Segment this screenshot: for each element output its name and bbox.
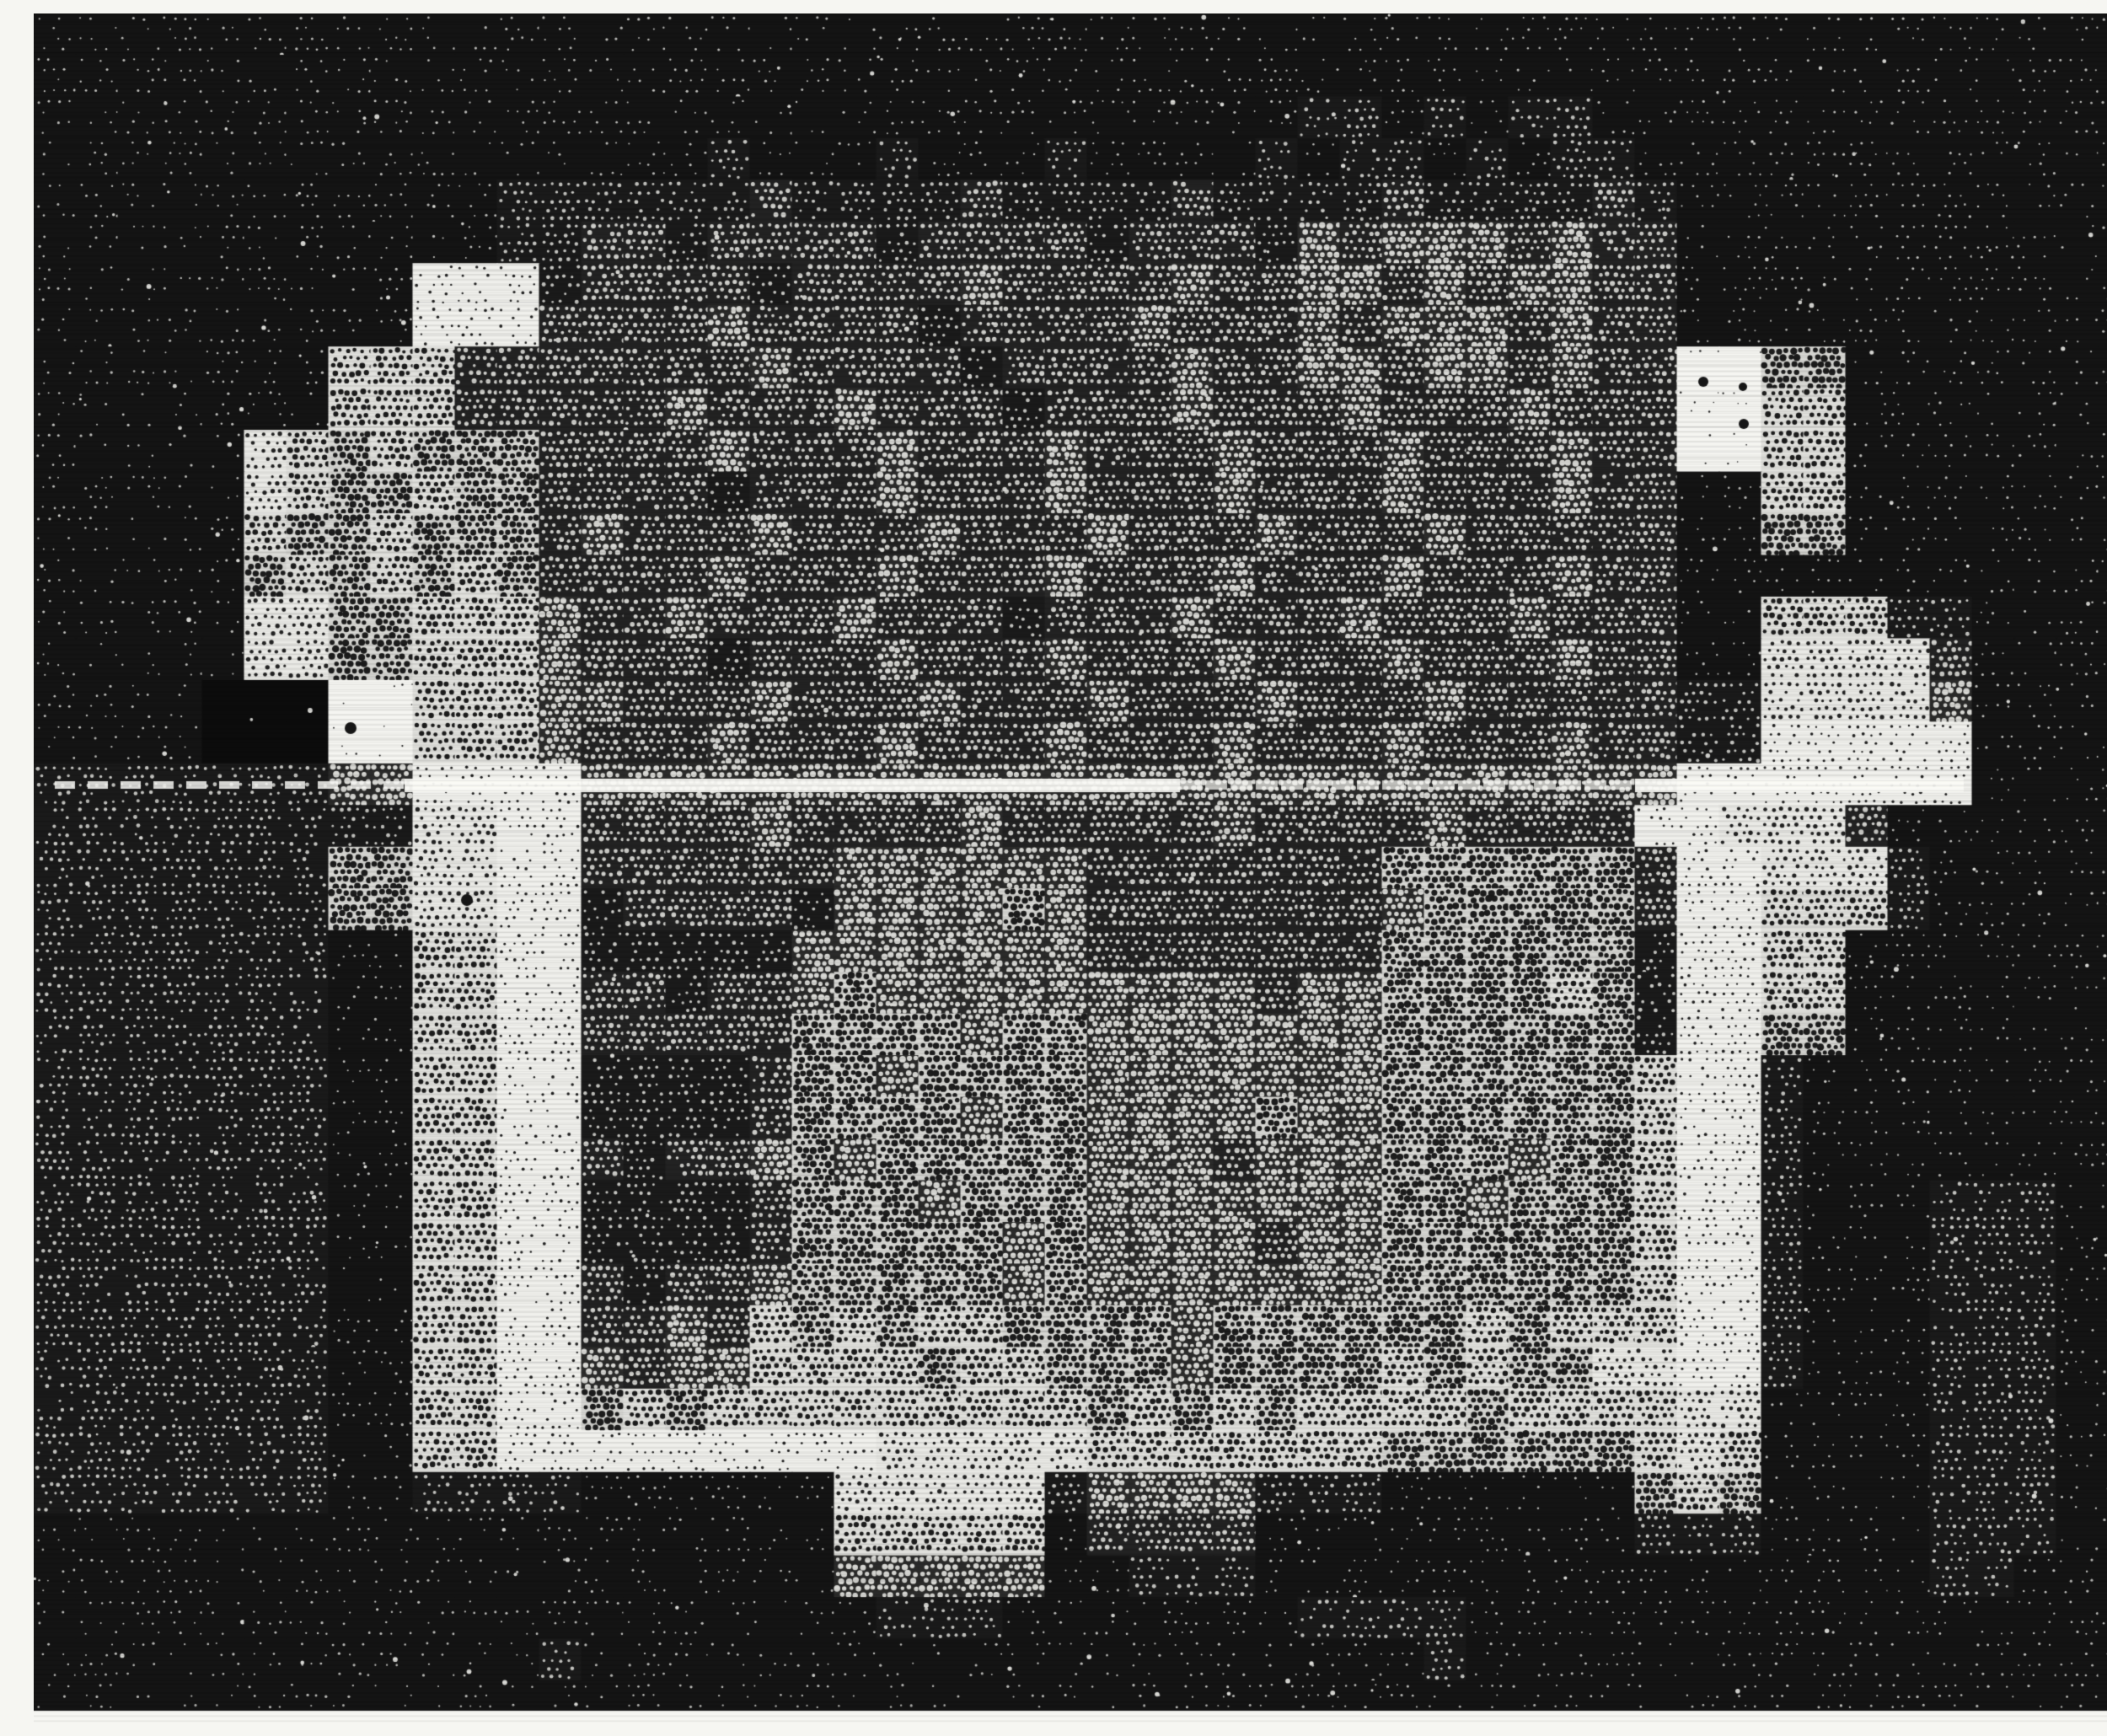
scanned-halftone-photo [34,13,2107,1723]
halftone-canvas [34,13,2107,1723]
